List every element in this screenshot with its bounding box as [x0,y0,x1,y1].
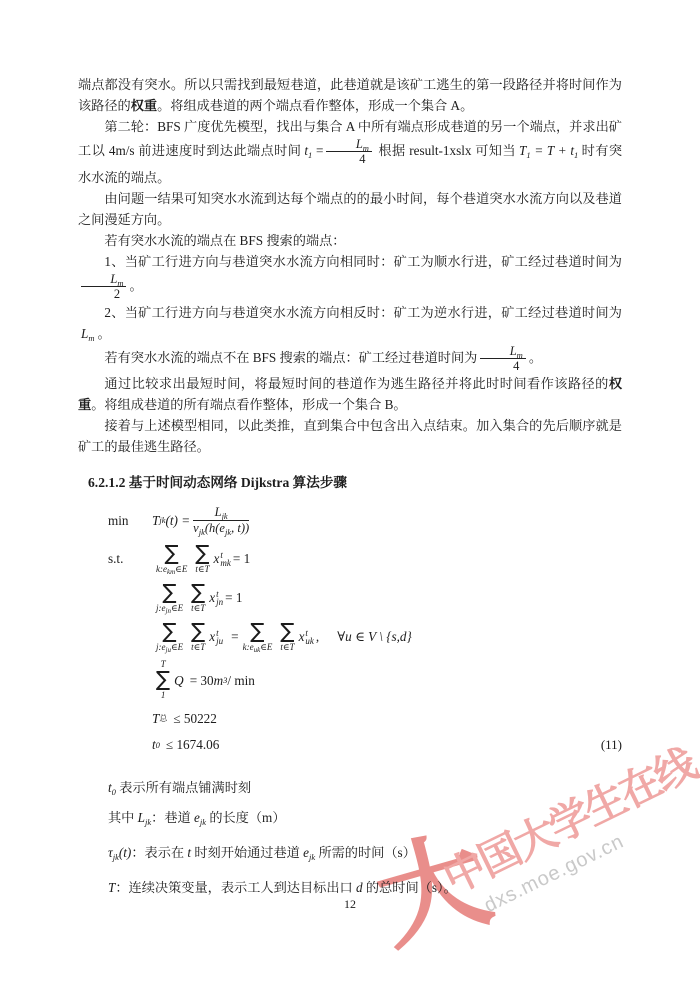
paragraph-8: 通过比较求出最短时间，将最短时间的巷道作为逃生路径并将此时时间看作该路径的权重。… [78,373,622,415]
text-run: 若有突水水流的端点在 BFS 搜索的端点： [104,233,345,248]
sigma-symbol: ∑ [162,582,176,603]
math-sub: 1 [574,150,578,160]
fraction-numerator: Ljk [193,505,249,520]
definition-T: T：连续决策变量，表示工人到达目标出口 d 的总时间（s）。 [108,877,622,898]
text-run: ：连续决策变量，表示工人到达目标出口 [115,880,352,895]
text-run: 所需的时间（s） [318,845,415,860]
constraint-5: T总 ≤ 50222 [108,708,622,729]
sum-operator: ∑k:ekm∈E [156,543,187,574]
fraction-numerator: Lm [81,272,126,287]
text-run: 其中 [108,810,134,825]
sigma-symbol: ∑ [191,582,205,603]
math-run: (t) [119,845,131,860]
page-body: 端点都没有突水。所以只需找到最短巷道，此巷道就是该矿工逃生的第一段路径并将时间作… [78,74,622,907]
fraction: Lm4 [326,137,371,167]
st-label: s.t. [108,548,152,569]
math-sub: 1 [308,150,312,160]
paragraph-2: 第二轮：BFS 广度优先模型，找出与集合 A 中所有端点形成巷道的另一个端点，并… [78,116,622,188]
sum-lower-limit: k:euk∈E [243,642,273,652]
paragraph-6: 2、当矿工行进方向与巷道突水水流方向相反时：矿工为逆水行进，矿工经过巷道时间为L… [78,302,622,344]
math-rhs: ≤ 50222 [173,708,217,729]
equation-body: T∑1 Q = 30m3 / min [152,660,255,700]
math-run: ∈E [171,642,183,652]
math-sub: 0 [112,787,116,797]
definition-Ljk: 其中 Ljk：巷道 ejk 的长度（m） [108,807,622,828]
fraction: Lm4 [480,344,525,374]
sigma-symbol: ∑ [280,621,294,642]
sum-lower-limit: t∈T [195,564,209,574]
fraction-denominator: 4 [326,152,371,166]
equation-body: t0 ≤ 1674.06 [152,734,219,755]
math-supsub: tjn [216,590,223,606]
sum-lower-limit: k:ekm∈E [156,564,187,574]
sigma-symbol: ∑ [250,621,264,642]
math-run: (t) = [165,510,190,531]
definition-tau: τjk(t)：表示在 t 时刻开始通过巷道 ejk 所需的时间（s） [108,842,622,863]
sum-lower-limit: j:eju∈E [156,642,183,652]
math-rhs: ≤ 1674.06 [166,734,219,755]
sigma-symbol: ∑ [165,543,179,564]
definition-t0: t0 表示所有端点铺满时刻 [108,777,622,798]
constraint-6: t0 ≤ 1674.06 (11) [108,734,622,755]
text-run: 。 [529,349,542,364]
sum-lower-limit: j:ejn∈E [156,603,183,613]
paragraph-9: 接着与上述模型相同，以此类推，直到集合中包含出入点结束。加入集合的先后顺序就是矿… [78,415,622,457]
bold-term: 权重 [131,98,157,113]
equation-body: T总 ≤ 50222 [152,708,217,729]
equation-number: (11) [601,734,622,755]
math-rhs: = 1 [225,587,242,608]
sigma-symbol: ∑ [156,669,170,690]
fraction-denominator: vjk(h(ejk, t)) [193,521,249,535]
math-punct: , [316,626,319,647]
math-op: = [316,143,323,158]
math-var: L [510,344,517,358]
math-sub: jk [200,817,206,827]
constraint-3: ∑j:eju∈E ∑t∈T xtju = ∑k:euk∈E ∑t∈T xtuk,… [108,621,622,652]
math-sub: km [167,568,175,576]
math-var: x [209,587,215,608]
text-run: 由问题一结果可知突水水流到达每个端点的的最小时间，每个巷道突水水流方向以及巷道之… [78,191,622,227]
math-run: , t)) [231,521,249,535]
sum-operator: T∑1 [156,660,170,700]
equation-body: ∑j:eju∈E ∑t∈T xtju = ∑k:euk∈E ∑t∈T xtuk,… [152,621,412,652]
paragraph-7: 若有突水水流的端点不在 BFS 搜索的端点：矿工经过巷道时间为Lm4。 [78,344,622,374]
sum-operator: ∑t∈T [195,543,209,574]
equation-body: ∑k:ekm∈E ∑t∈T xtmk = 1 [152,543,250,574]
sum-operator: ∑k:euk∈E [243,621,273,652]
sum-operator: ∑j:eju∈E [156,621,183,652]
math-var: x [214,548,220,569]
inline-math-T1: T1 = T + t1 [519,143,578,158]
text-run: 表示所有端点铺满时刻 [119,780,251,795]
math-var: L [215,505,222,519]
constraint-2: ∑j:ejn∈E ∑t∈T xtjn = 1 [108,582,622,613]
equation-min: min Tjk(t) = Ljk vjk(h(ejk, t)) [108,505,622,535]
text-run: 。 [129,278,142,293]
text-run: 根据 result-1xslx 可知当 [378,143,516,158]
fraction-numerator: Lm [480,344,525,359]
math-rhs: = 1 [233,548,250,569]
text-run: 接着与上述模型相同，以此类推，直到集合中包含出入点结束。加入集合的先后顺序就是矿… [78,418,622,454]
fraction: Lm2 [81,272,126,302]
section-heading: 6.2.1.2 基于时间动态网络 Dijkstra 算法步骤 [88,472,622,493]
math-run: j:e [156,603,166,613]
text-run: 1、当矿工行进方向与巷道突水水流方向相同时：矿工为顺水行进，矿工经过巷道时间为 [104,254,622,269]
math-var: L [138,810,145,825]
math-supsub: tju [216,629,223,645]
inline-math-lm: Lm [81,326,94,341]
math-run: ∈E [175,564,187,574]
math-run: ∈E [171,603,183,613]
math-var: m [214,670,224,691]
fraction-denominator: 2 [81,287,126,301]
sigma-symbol: ∑ [191,621,205,642]
math-sub: m [88,333,94,343]
sum-operator: ∑t∈T [191,621,205,652]
math-run: k:e [156,564,167,574]
text-run: 时刻开始通过巷道 [194,845,300,860]
text-run: 的总时间（s）。 [366,880,457,895]
math-var: d [356,880,363,895]
math-var: x [299,626,305,647]
text-run: ：巷道 [151,810,191,825]
math-var: L [356,137,363,151]
fraction: Ljk vjk(h(ejk, t)) [193,505,249,535]
text-run: 。将组成巷道的所有端点看作整体，形成一个集合 B。 [91,397,406,412]
math-sub: jn [216,598,223,606]
paragraph-3: 由问题一结果可知突水水流到达每个端点的的最小时间，每个巷道突水水流方向以及巷道之… [78,188,622,230]
text-run: 。将组成巷道的两个端点看作整体，形成一个集合 A。 [157,98,473,113]
math-run: ∈E [260,642,272,652]
text-run: 通过比较求出最短时间，将最短时间的巷道作为逃生路径并将此时时间看作该路径的 [104,376,608,391]
equation-body: ∑j:ejn∈E ∑t∈T xtjn = 1 [152,582,243,613]
sigma-symbol: ∑ [195,543,209,564]
paragraph-4: 若有突水水流的端点在 BFS 搜索的端点： [78,230,622,251]
text-run: ：表示在 [131,845,184,860]
sum-lower-limit: t∈T [191,642,205,652]
constraint-4: T∑1 Q = 30m3 / min [108,660,622,700]
math-run: k:e [243,642,254,652]
sigma-symbol: ∑ [162,621,176,642]
text-run: 2、当矿工行进方向与巷道突水水流方向相反时：矿工为逆水行进，矿工经过巷道时间为 [104,305,622,320]
math-run: j:e [156,642,166,652]
math-var: T [152,708,159,729]
text-run: 。 [97,326,110,341]
math-run: = 30 [190,670,214,691]
sum-operator: ∑t∈T [191,582,205,613]
constraint-1: s.t. ∑k:ekm∈E ∑t∈T xtmk = 1 [108,543,622,574]
math-sub: mk [220,559,231,567]
sum-lower-limit: t∈T [280,642,294,652]
inline-math-t1: t1 =Lm4 [304,143,375,158]
paragraph-1: 端点都没有突水。所以只需找到最短巷道，此巷道就是该矿工逃生的第一段路径并将时间作… [78,74,622,116]
math-sub: jk [309,852,315,862]
math-var: x [209,626,215,647]
text-run: 若有突水水流的端点不在 BFS 搜索的端点：矿工经过巷道时间为 [104,349,477,364]
sum-operator: ∑t∈T [280,621,294,652]
paragraph-5: 1、当矿工行进方向与巷道突水水流方向相同时：矿工为顺水行进，矿工经过巷道时间为L… [78,251,622,302]
equation-block: min Tjk(t) = Ljk vjk(h(ejk, t)) s.t. ∑k:… [108,505,622,755]
document-page: { "page_number": "12", "heading": "6.2.1… [0,0,700,989]
math-var: Q [174,670,184,691]
math-op: = [231,626,238,647]
math-supsub: tmk [220,551,231,567]
sum-lower-limit: t∈T [191,603,205,613]
page-number: 12 [0,897,700,912]
fraction-numerator: Lm [326,137,371,152]
math-run: ∀u ∈ V \ {s,d} [337,626,412,647]
min-label: min [108,510,152,531]
math-run: / min [227,670,254,691]
sum-lower-limit: 1 [161,690,166,700]
math-sub: ju [216,637,223,645]
equation-body: Tjk(t) = Ljk vjk(h(ejk, t)) [152,505,252,535]
fraction-denominator: 4 [480,359,525,373]
math-var: t [187,845,191,860]
sum-operator: ∑j:ejn∈E [156,582,183,613]
math-run: (h(e [205,521,225,535]
math-supsub: tuk [305,629,314,645]
math-sub: uk [305,637,314,645]
text-run: 的长度（m） [209,810,285,825]
definitions-block: t0 表示所有端点铺满时刻 其中 Ljk：巷道 ejk 的长度（m） τjk(t… [108,777,622,898]
math-run: = T + t [534,143,574,158]
math-sub: 1 [526,150,530,160]
